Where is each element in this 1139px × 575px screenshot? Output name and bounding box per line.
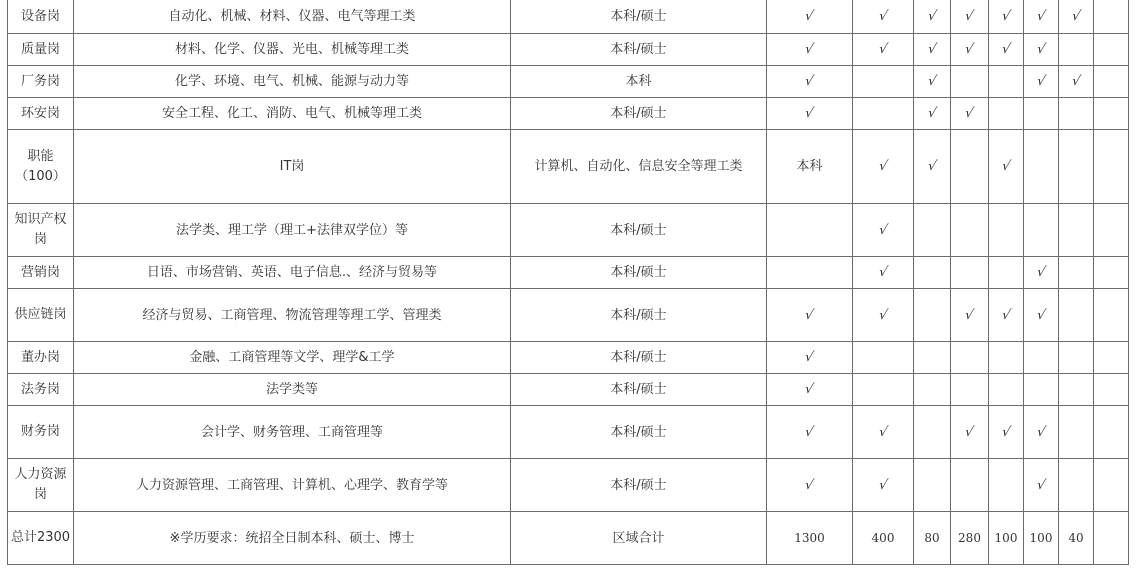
region-cell: √: [767, 406, 853, 459]
checkmark-icon: √: [963, 7, 975, 26]
degree-cell: 本科/硕士: [511, 374, 767, 406]
checkmark-icon: √: [1035, 40, 1047, 59]
checkmark-icon: √: [803, 40, 815, 59]
majors-cell: 日语、市场营销、英语、电子信息.、经济与贸易等: [74, 257, 511, 289]
region-cell: √: [1024, 289, 1059, 342]
region-cell: [989, 342, 1024, 374]
region-cell: √: [914, 130, 951, 204]
checkmark-icon: √: [803, 72, 815, 91]
region-total-label-cell: 区域合计: [511, 512, 767, 565]
majors-cell: 自动化、机械、材料、仪器、电气等理工类: [74, 0, 511, 34]
region-cell: [914, 406, 951, 459]
checkmark-icon: √: [877, 221, 889, 240]
table-row: 设备岗自动化、机械、材料、仪器、电气等理工类本科/硕士√√√√√√√: [8, 0, 1129, 34]
checkmark-icon: √: [1000, 7, 1012, 26]
region-cell: √: [914, 34, 951, 66]
region-total-cell: 400: [853, 512, 914, 565]
region-cell: √: [1024, 406, 1059, 459]
checkmark-icon: √: [1035, 263, 1047, 282]
checkmark-icon: √: [803, 380, 815, 399]
table-row: 人力资源岗人力资源管理、工商管理、计算机、心理学、教育学等本科/硕士√√√: [8, 459, 1129, 512]
region-cell: [1024, 130, 1059, 204]
region-cell: [989, 257, 1024, 289]
majors-cell: 法学类等: [74, 374, 511, 406]
region-cell: [1094, 342, 1129, 374]
region-cell: √: [767, 289, 853, 342]
position-cell: 知识产权岗: [8, 204, 74, 257]
region-cell: [989, 374, 1024, 406]
region-cell: [1059, 374, 1094, 406]
region-cell: √: [989, 130, 1024, 204]
region-total-cell: 40: [1059, 512, 1094, 565]
region-cell: [1059, 406, 1094, 459]
position-cell: 营销岗: [8, 257, 74, 289]
region-cell: √: [989, 406, 1024, 459]
region-cell: [1094, 204, 1129, 257]
position-cell: 法务岗: [8, 374, 74, 406]
degree-cell: 本科: [511, 66, 767, 98]
region-cell: [853, 98, 914, 130]
region-cell: [989, 204, 1024, 257]
checkmark-icon: √: [877, 40, 889, 59]
region-cell: [1094, 406, 1129, 459]
checkmark-icon: √: [1070, 72, 1082, 91]
region-total-cell: 280: [951, 512, 989, 565]
region-cell: √: [1059, 0, 1094, 34]
checkmark-icon: √: [1000, 423, 1012, 442]
region-cell: [951, 459, 989, 512]
region-total-cell: 1300: [767, 512, 853, 565]
region-cell: √: [853, 289, 914, 342]
degree-cell: 计算机、自动化、信息安全等理工类: [511, 130, 767, 204]
checkmark-icon: √: [877, 7, 889, 26]
region-cell: [1094, 98, 1129, 130]
table-row: 法务岗法学类等本科/硕士√: [8, 374, 1129, 406]
checkmark-icon: √: [926, 104, 938, 123]
education-note-cell: ※学历要求：统招全日制本科、硕士、博士: [74, 512, 511, 565]
region-cell: [989, 98, 1024, 130]
position-cell: 设备岗: [8, 0, 74, 34]
majors-cell: 安全工程、化工、消防、电气、机械等理工类: [74, 98, 511, 130]
checkmark-icon: √: [803, 7, 815, 26]
checkmark-icon: √: [963, 306, 975, 325]
region-cell: [1059, 257, 1094, 289]
table-row: 职能（100）IT岗计算机、自动化、信息安全等理工类本科√√√: [8, 130, 1129, 204]
position-cell: 供应链岗: [8, 289, 74, 342]
checkmark-icon: √: [1035, 7, 1047, 26]
checkmark-icon: √: [926, 40, 938, 59]
region-total-cell: 100: [1024, 512, 1059, 565]
region-cell: √: [853, 406, 914, 459]
region-cell: [1024, 204, 1059, 257]
checkmark-icon: √: [963, 104, 975, 123]
checkmark-icon: √: [803, 348, 815, 367]
table-row: 厂务岗化学、环境、电气、机械、能源与动力等本科√√√√: [8, 66, 1129, 98]
checkmark-icon: √: [877, 263, 889, 282]
region-cell: [989, 66, 1024, 98]
region-cell: √: [853, 204, 914, 257]
region-cell: √: [989, 289, 1024, 342]
checkmark-icon: √: [1000, 157, 1012, 176]
region-cell: 本科: [767, 130, 853, 204]
region-cell: [1024, 374, 1059, 406]
region-cell: √: [914, 0, 951, 34]
checkmark-icon: √: [803, 476, 815, 495]
degree-cell: 本科/硕士: [511, 204, 767, 257]
degree-cell: 本科/硕士: [511, 459, 767, 512]
region-cell: [951, 130, 989, 204]
region-cell: [951, 204, 989, 257]
majors-cell: 经济与贸易、工商管理、物流管理等理工学、管理类: [74, 289, 511, 342]
position-cell: 环安岗: [8, 98, 74, 130]
region-cell: [1059, 289, 1094, 342]
region-cell: [914, 374, 951, 406]
region-cell: [951, 257, 989, 289]
region-cell: [951, 374, 989, 406]
region-cell: [951, 66, 989, 98]
majors-cell: 人力资源管理、工商管理、计算机、心理学、教育学等: [74, 459, 511, 512]
checkmark-icon: √: [877, 306, 889, 325]
region-cell: √: [1024, 0, 1059, 34]
checkmark-icon: √: [926, 7, 938, 26]
region-cell: [1094, 459, 1129, 512]
table-row: 董办岗金融、工商管理等文学、理学&工学本科/硕士√: [8, 342, 1129, 374]
region-cell: √: [951, 98, 989, 130]
region-cell: [1059, 130, 1094, 204]
checkmark-icon: √: [803, 306, 815, 325]
degree-cell: 本科/硕士: [511, 289, 767, 342]
checkmark-icon: √: [963, 40, 975, 59]
region-cell: [1024, 98, 1059, 130]
region-cell: √: [767, 66, 853, 98]
degree-cell: 本科/硕士: [511, 34, 767, 66]
region-cell: √: [1024, 66, 1059, 98]
checkmark-icon: √: [963, 423, 975, 442]
region-cell: [767, 204, 853, 257]
region-cell: √: [853, 34, 914, 66]
region-cell: [853, 342, 914, 374]
region-cell: [1059, 204, 1094, 257]
checkmark-icon: √: [803, 423, 815, 442]
region-cell: √: [853, 257, 914, 289]
region-cell: √: [1024, 459, 1059, 512]
checkmark-icon: √: [1070, 7, 1082, 26]
region-cell: [914, 204, 951, 257]
region-cell: [1094, 34, 1129, 66]
table-row: 财务岗会计学、财务管理、工商管理等本科/硕士√√√√√: [8, 406, 1129, 459]
position-cell: 人力资源岗: [8, 459, 74, 512]
region-cell: √: [767, 0, 853, 34]
position-cell: 职能（100）: [8, 130, 74, 204]
region-cell: [1059, 342, 1094, 374]
region-cell: [853, 374, 914, 406]
checkmark-icon: √: [1035, 306, 1047, 325]
degree-cell: 本科/硕士: [511, 98, 767, 130]
majors-cell: IT岗: [74, 130, 511, 204]
region-cell: √: [853, 0, 914, 34]
region-total-cell: 80: [914, 512, 951, 565]
region-cell: [1059, 98, 1094, 130]
position-cell: 厂务岗: [8, 66, 74, 98]
degree-cell: 本科/硕士: [511, 0, 767, 34]
region-cell: [1094, 66, 1129, 98]
region-cell: √: [767, 374, 853, 406]
checkmark-icon: √: [877, 157, 889, 176]
region-total-cell: 100: [989, 512, 1024, 565]
checkmark-icon: √: [1035, 476, 1047, 495]
region-cell: √: [1024, 257, 1059, 289]
region-cell: [767, 257, 853, 289]
table-row: 供应链岗经济与贸易、工商管理、物流管理等理工学、管理类本科/硕士√√√√√: [8, 289, 1129, 342]
majors-cell: 金融、工商管理等文学、理学&工学: [74, 342, 511, 374]
checkmark-icon: √: [803, 104, 815, 123]
position-cell: 财务岗: [8, 406, 74, 459]
region-cell: [914, 257, 951, 289]
checkmark-icon: √: [926, 72, 938, 91]
region-cell: [1059, 34, 1094, 66]
table-row: 知识产权岗法学类、理工学（理工+法律双学位）等本科/硕士√: [8, 204, 1129, 257]
checkmark-icon: √: [1035, 72, 1047, 91]
region-cell: √: [767, 459, 853, 512]
region-cell: [914, 459, 951, 512]
degree-cell: 本科/硕士: [511, 406, 767, 459]
total-label-cell: 总计2300: [8, 512, 74, 565]
majors-cell: 法学类、理工学（理工+法律双学位）等: [74, 204, 511, 257]
degree-cell: 本科/硕士: [511, 257, 767, 289]
position-cell: 质量岗: [8, 34, 74, 66]
region-cell: √: [951, 289, 989, 342]
region-cell: [1094, 289, 1129, 342]
recruitment-table: 设备岗自动化、机械、材料、仪器、电气等理工类本科/硕士√√√√√√√质量岗材料、…: [7, 0, 1129, 565]
region-cell: √: [951, 0, 989, 34]
table-row: 营销岗日语、市场营销、英语、电子信息.、经济与贸易等本科/硕士√√: [8, 257, 1129, 289]
region-total-cell: [1094, 512, 1129, 565]
region-cell: [853, 66, 914, 98]
position-cell: 董办岗: [8, 342, 74, 374]
region-cell: √: [914, 98, 951, 130]
checkmark-icon: √: [1000, 306, 1012, 325]
region-cell: √: [853, 130, 914, 204]
majors-cell: 化学、环境、电气、机械、能源与动力等: [74, 66, 511, 98]
table-body: 设备岗自动化、机械、材料、仪器、电气等理工类本科/硕士√√√√√√√质量岗材料、…: [8, 0, 1129, 565]
region-cell: √: [989, 34, 1024, 66]
majors-cell: 会计学、财务管理、工商管理等: [74, 406, 511, 459]
region-cell: [1024, 342, 1059, 374]
region-cell: [1059, 459, 1094, 512]
region-cell: [914, 342, 951, 374]
region-cell: √: [853, 459, 914, 512]
degree-cell: 本科/硕士: [511, 342, 767, 374]
region-cell: √: [951, 34, 989, 66]
region-cell: √: [767, 342, 853, 374]
region-cell: [1094, 130, 1129, 204]
region-cell: √: [1059, 66, 1094, 98]
region-cell: [989, 459, 1024, 512]
total-row: 总计2300※学历要求：统招全日制本科、硕士、博士区域合计13004008028…: [8, 512, 1129, 565]
region-cell: √: [767, 34, 853, 66]
region-cell: √: [951, 406, 989, 459]
region-cell: [951, 342, 989, 374]
table-row: 质量岗材料、化学、仪器、光电、机械等理工类本科/硕士√√√√√√: [8, 34, 1129, 66]
region-cell: √: [1024, 34, 1059, 66]
table-row: 环安岗安全工程、化工、消防、电气、机械等理工类本科/硕士√√√: [8, 98, 1129, 130]
region-cell: [1094, 374, 1129, 406]
region-cell: [914, 289, 951, 342]
checkmark-icon: √: [1035, 423, 1047, 442]
region-cell: √: [989, 0, 1024, 34]
checkmark-icon: √: [877, 476, 889, 495]
majors-cell: 材料、化学、仪器、光电、机械等理工类: [74, 34, 511, 66]
region-cell: √: [914, 66, 951, 98]
region-cell: [1094, 0, 1129, 34]
checkmark-icon: √: [926, 157, 938, 176]
checkmark-icon: √: [1000, 40, 1012, 59]
region-cell: √: [767, 98, 853, 130]
checkmark-icon: √: [877, 423, 889, 442]
region-cell: [1094, 257, 1129, 289]
